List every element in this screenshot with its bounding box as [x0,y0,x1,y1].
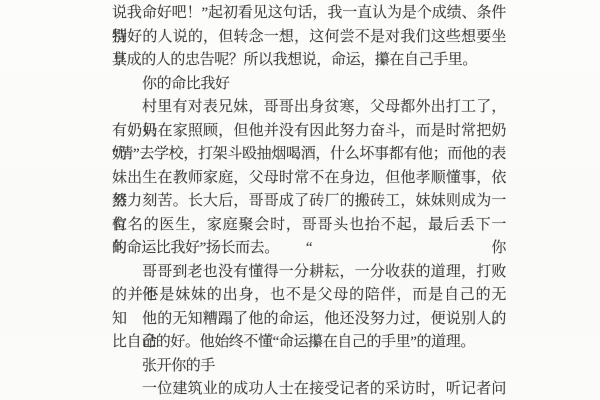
text-line: 说我命好吧！”起初看见这句话，我一直认为是个成绩、条件特 [112,2,506,26]
text-line: 妹出生在教师家庭，父母时常不在身边，但他孝顺懂事，依然 [112,167,506,191]
text-line: 有名的医生，家庭聚会时，哥哥头也抬不起，最后丢下一句“你 [112,214,506,238]
text-column: 说我命好吧！”起初看见这句话，我一直认为是个成绩、条件特别好的人说的，但转念一想… [112,2,506,400]
document-page: 说我命好吧！”起初看见这句话，我一直认为是个成绩、条件特别好的人说的，但转念一想… [0,0,600,400]
text-line: 有奶奶在家照顾，但他并没有因此努力奋斗，而是时常把奶奶 [112,120,506,144]
text-line: 他的无知糟蹋了他的命运，他还没努力过，便说别人的命 [112,308,506,332]
text-line: 努力刻苦。长大后，哥哥成了砖厂的搬砖工，妹妹则成为一位 [112,190,506,214]
text-line: 其成的人的忠告呢？所以我想说，命运，攥在自己手里。 [112,49,506,73]
text-line: 的并不是妹妹的出身，也不是父母的陪伴，而是自己的无知。 [112,284,506,308]
section-heading: 你的命比我好 [112,73,506,97]
text-line: “请”去学校，打架斗殴抽烟喝酒，什么坏事都有他；而他的表 [112,143,506,167]
text-line: 比自己的好。他始终不懂“命运攥在自己的手里”的道理。 [112,331,506,355]
text-line: 村里有对表兄妹，哥哥出身贫寒，父母都外出打工了，只 [112,96,506,120]
text-line: 别好的人说的，但转念一想，这何尝不是对我们这些想要坐享 [112,26,506,50]
text-line: 一位建筑业的成功人士在接受记者的采访时，听记者问到 [112,378,506,400]
text-line: 哥哥到老也没有懂得一分耕耘，一分收获的道理，打败他 [112,261,506,285]
section-heading: 张开你的手 [112,355,506,379]
